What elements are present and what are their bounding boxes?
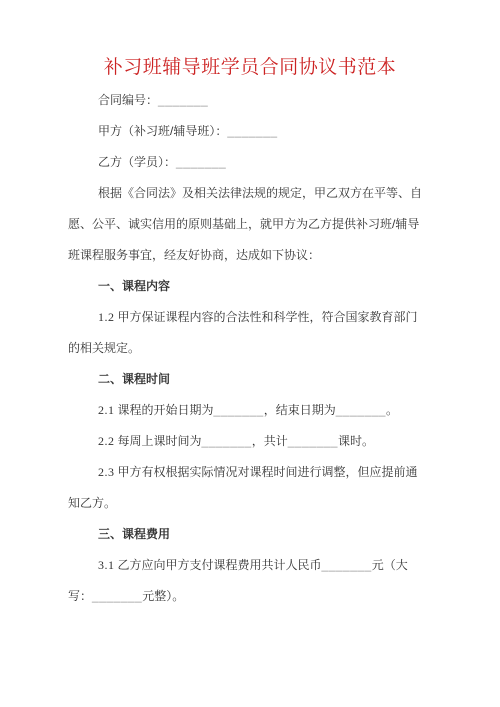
blank-field: _______ (202, 434, 252, 448)
clause-number: 2.3 (98, 465, 115, 479)
blank-field: _______ (176, 155, 226, 169)
contract-page: 补习班辅导班学员合同协议书范本 合同编号：_______甲方（补习班/辅导班）：… (0, 0, 500, 707)
paragraph-heading-4: 一、课程内容 (68, 271, 428, 302)
paragraph-body-3: 根据《合同法》及相关法律法规的规定，甲乙双方在平等、自愿、公平、诚实信用的原则基… (68, 178, 428, 271)
clause-number: 1.2 (98, 310, 115, 324)
paragraph-heading-6: 二、课程时间 (68, 364, 428, 395)
paragraph-3.1-11: 3.1乙方应向甲方支付课程费用共计人民币_______元（大写：_______元… (68, 550, 428, 612)
blank-field: _______ (158, 93, 208, 107)
paragraph-2.2-8: 2.2每周上课时间为_______，共计_______课时。 (68, 426, 428, 457)
blank-field: _______ (214, 403, 264, 417)
paragraph-label-0: 合同编号：_______ (68, 85, 428, 116)
document-body: 合同编号：_______甲方（补习班/辅导班）：_______乙方（学员）：__… (0, 85, 428, 612)
paragraph-label-2: 乙方（学员）：_______ (68, 147, 428, 178)
paragraph-2.1-7: 2.1课程的开始日期为_______，结束日期为_______。 (68, 395, 428, 426)
clause-number: 2.1 (98, 403, 115, 417)
clause-number: 2.2 (98, 434, 115, 448)
paragraph-label-1: 甲方（补习班/辅导班）：_______ (68, 116, 428, 147)
document-title: 补习班辅导班学员合同协议书范本 (40, 54, 460, 81)
blank-field: _______ (227, 124, 277, 138)
blank-field: _______ (322, 558, 372, 572)
paragraph-heading-10: 三、课程费用 (68, 519, 428, 550)
blank-field: _______ (336, 403, 386, 417)
paragraph-1.2-5: 1.2甲方保证课程内容的合法性和科学性，符合国家教育部门的相关规定。 (68, 302, 428, 364)
blank-field: _______ (288, 434, 338, 448)
blank-field: _______ (92, 589, 142, 603)
clause-number: 3.1 (98, 558, 115, 572)
paragraph-2.3-9: 2.3甲方有权根据实际情况对课程时间进行调整，但应提前通知乙方。 (68, 457, 428, 519)
